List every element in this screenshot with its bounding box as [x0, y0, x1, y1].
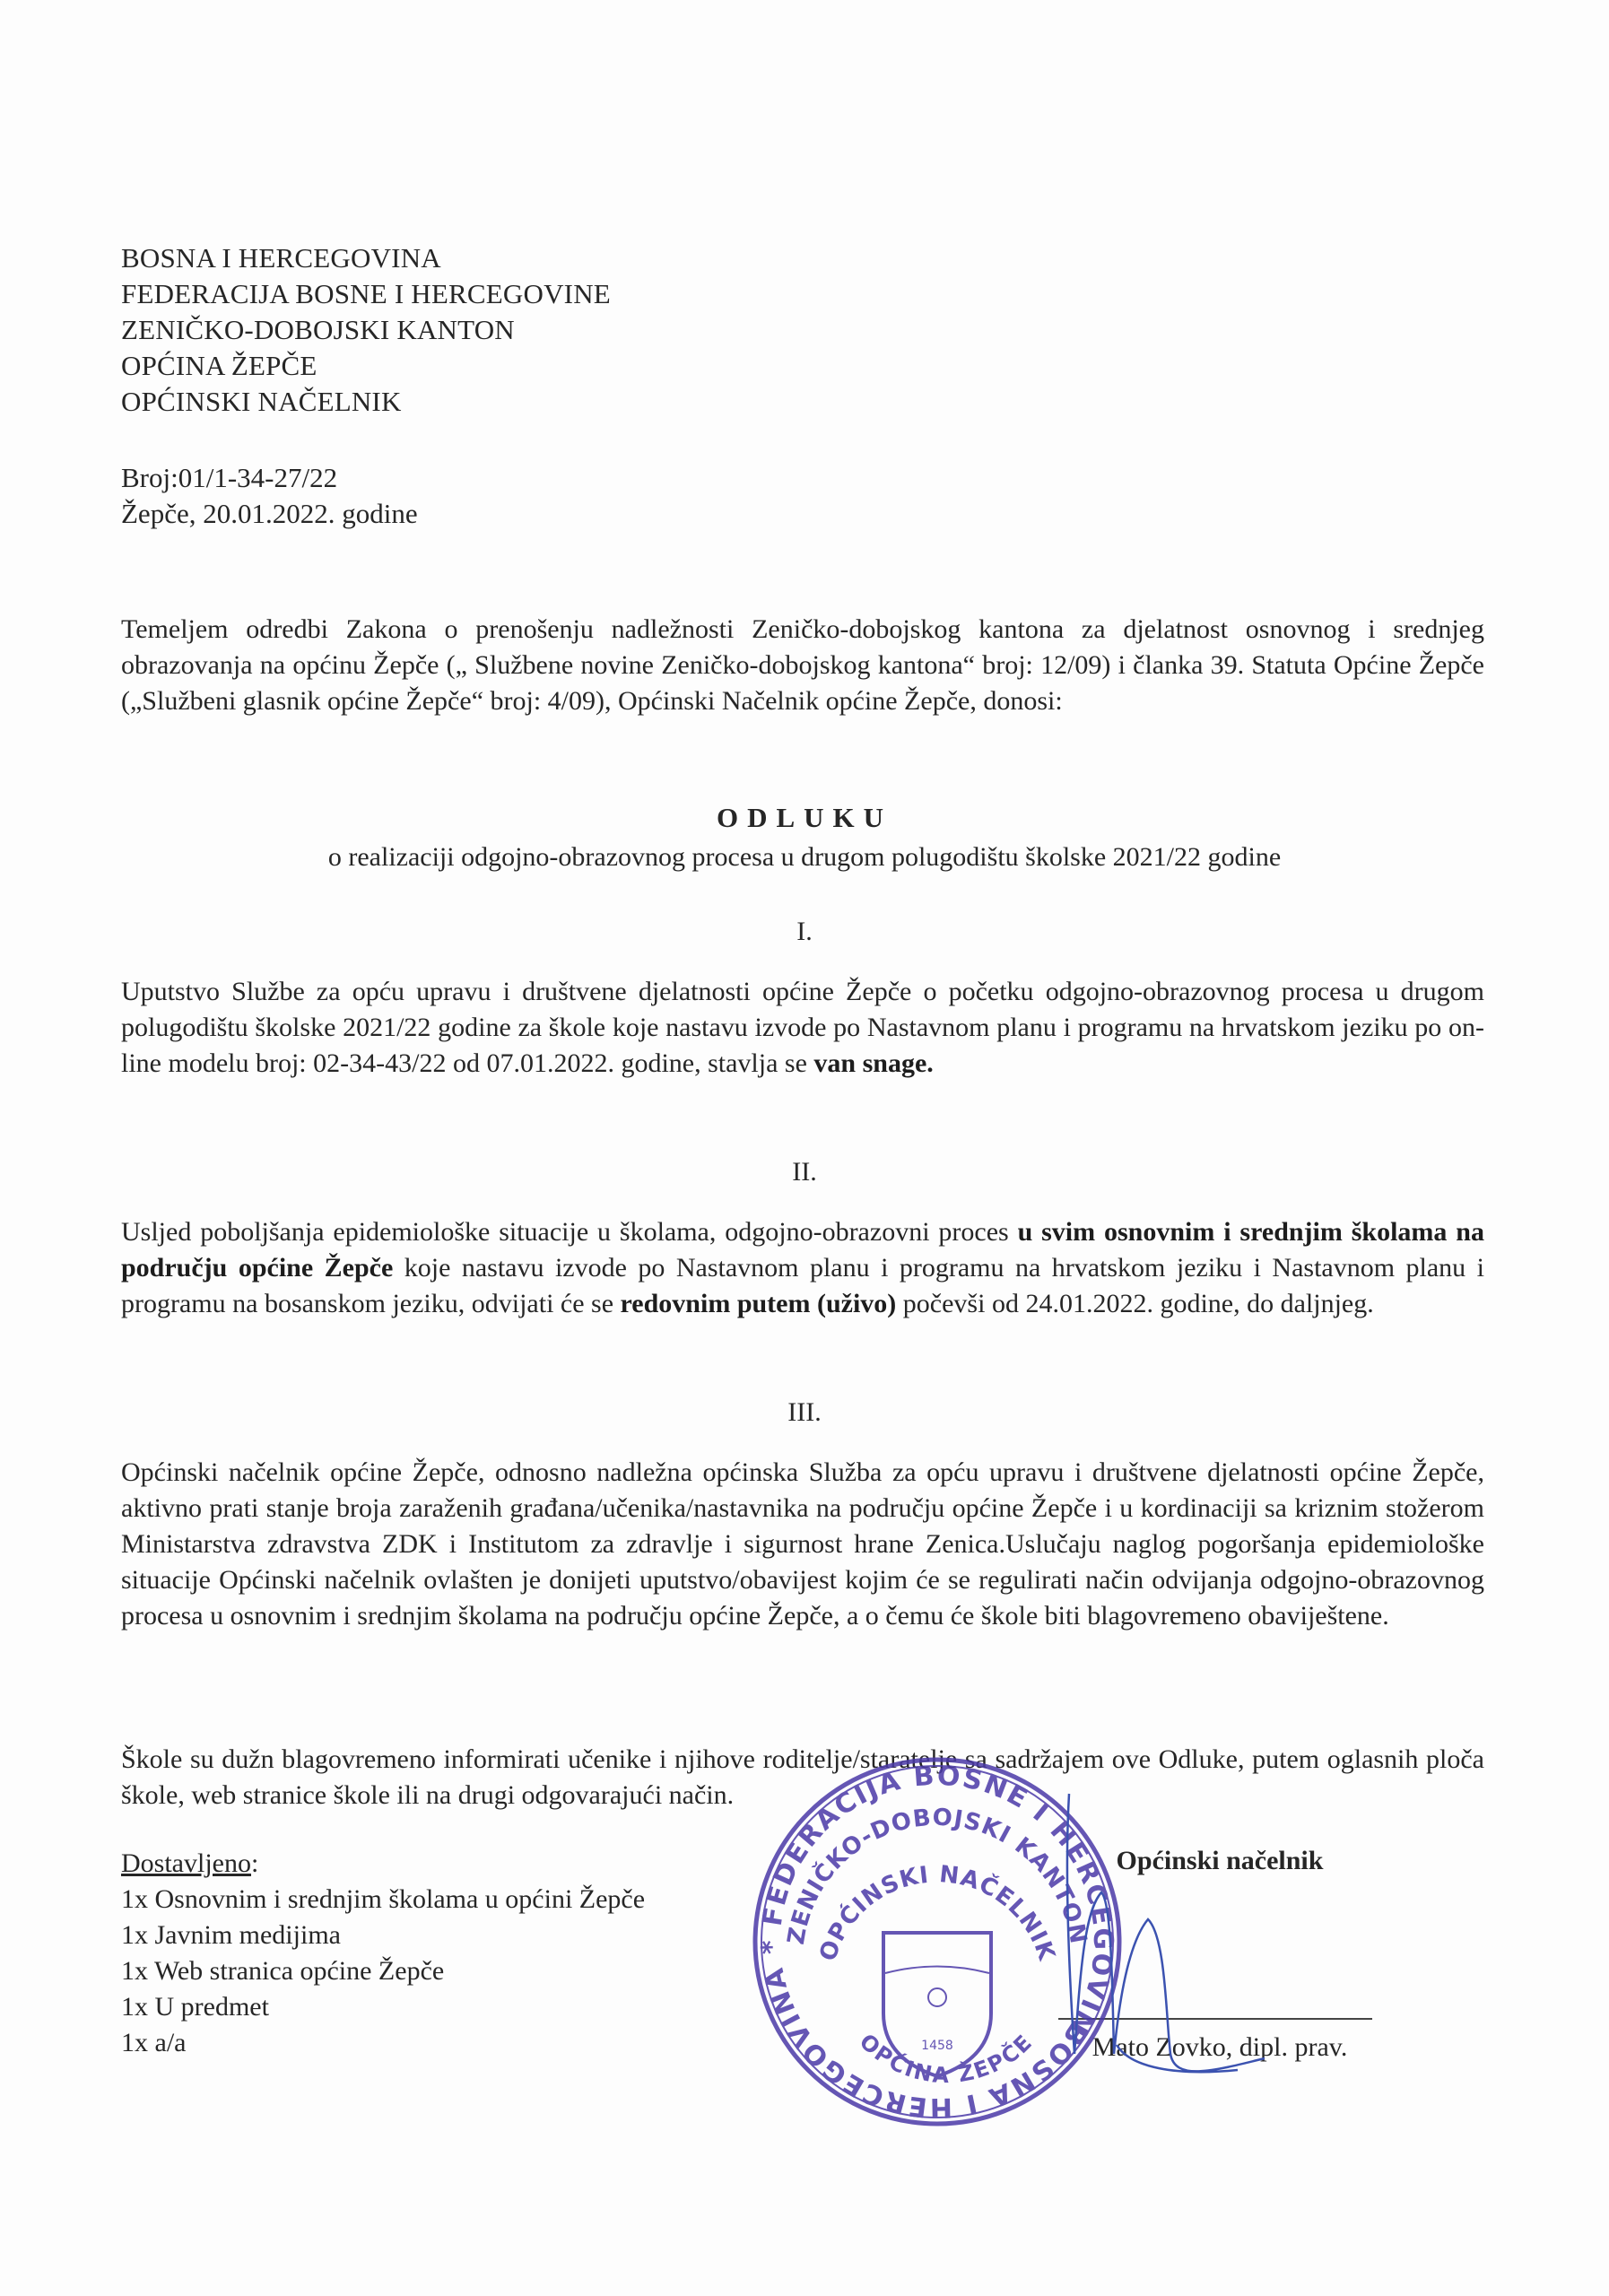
stamp-bottom-text: OPĆINA ŽEPČE: [855, 2029, 1038, 2088]
svg-text:OPĆINSKI NAČELNIK: OPĆINSKI NAČELNIK: [814, 1861, 1060, 1964]
section-number-1: I.: [0, 917, 1609, 947]
decision-title-block: ODLUKU o realizaciji odgojno-obrazovnog …: [0, 800, 1609, 875]
distribution-item: 1x Osnovnim i srednjim školama u općini …: [121, 1882, 645, 1918]
stamp-inner-text: ZENIČKO-DOBOJSKI KANTON: [783, 1805, 1092, 1947]
section-1-text-part: Uputstvo Službe za opću upravu i društve…: [121, 977, 1484, 1078]
header-line: BOSNA I HERCEGOVINA: [121, 240, 611, 276]
section-3-text-continued: Škole su dužn blagovremeno informirati u…: [121, 1742, 1484, 1813]
distribution-item: 1x U predmet: [121, 1989, 645, 2025]
section-1-text: Uputstvo Službe za opću upravu i društve…: [121, 974, 1484, 1082]
section-2-text-part: Usljed poboljšanja epidemiološke situaci…: [121, 1217, 1018, 1247]
stamp-center-text: OPĆINSKI NAČELNIK: [814, 1861, 1060, 1964]
section-2-text-part: počevši od 24.01.2022. godine, do daljnj…: [896, 1289, 1373, 1318]
header-line: FEDERACIJA BOSNE I HERCEGOVINE: [121, 276, 611, 312]
section-3-paragraph: Škole su dužn blagovremeno informirati u…: [121, 1742, 1484, 1813]
document-reference: Broj:01/1-34-27/22 Žepče, 20.01.2022. go…: [121, 460, 418, 532]
svg-text:ZENIČKO-DOBOJSKI KANTON: ZENIČKO-DOBOJSKI KANTON: [783, 1805, 1092, 1947]
issuer-header: BOSNA I HERCEGOVINA FEDERACIJA BOSNE I H…: [121, 240, 611, 420]
preamble-paragraph: Temeljem odredbi Zakona o prenošenju nad…: [121, 612, 1484, 719]
distribution-item: 1x a/a: [121, 2025, 645, 2061]
signatory-title: Općinski načelnik: [1067, 1846, 1372, 1876]
reference-number: Broj:01/1-34-27/22: [121, 460, 418, 496]
signatory-name: Mato Zovko, dipl. prav.: [1067, 2032, 1372, 2063]
decision-title: ODLUKU: [0, 800, 1609, 836]
section-2-text: Usljed poboljšanja epidemiološke situaci…: [121, 1214, 1484, 1322]
distribution-item: 1x Javnim medijima: [121, 1918, 645, 1953]
section-1-emphasis: van snage.: [813, 1048, 933, 1078]
header-line: OPĆINSKI NAČELNIK: [121, 384, 611, 420]
header-line: OPĆINA ŽEPČE: [121, 348, 611, 384]
section-2-emphasis: redovnim putem (uživo): [621, 1289, 897, 1318]
section-number-3: III.: [0, 1397, 1609, 1428]
signature-line: [1058, 2018, 1372, 2020]
place-date: Žepče, 20.01.2022. godine: [121, 496, 418, 532]
distribution-item: 1x Web stranica općine Žepče: [121, 1953, 645, 1989]
section-3-text: Općinski načelnik općine Žepče, odnosno …: [121, 1455, 1484, 1634]
document-page: BOSNA I HERCEGOVINA FEDERACIJA BOSNE I H…: [0, 0, 1609, 2296]
distribution-list: Dostavljeno: 1x Osnovnim i srednjim škol…: [121, 1846, 645, 2061]
header-line: ZENIČKO-DOBOJSKI KANTON: [121, 312, 611, 348]
coat-of-arms-icon: [883, 1933, 991, 2076]
distribution-label: Dostavljeno: [121, 1848, 251, 1878]
section-number-2: II.: [0, 1157, 1609, 1187]
svg-text:OPĆINA ŽEPČE: OPĆINA ŽEPČE: [855, 2029, 1038, 2088]
shield-year: 1458: [921, 2039, 953, 2053]
distribution-colon: :: [251, 1848, 258, 1878]
section-3-paragraph: Općinski načelnik općine Žepče, odnosno …: [121, 1455, 1484, 1634]
decision-subtitle: o realizaciji odgojno-obrazovnog procesa…: [0, 839, 1609, 875]
